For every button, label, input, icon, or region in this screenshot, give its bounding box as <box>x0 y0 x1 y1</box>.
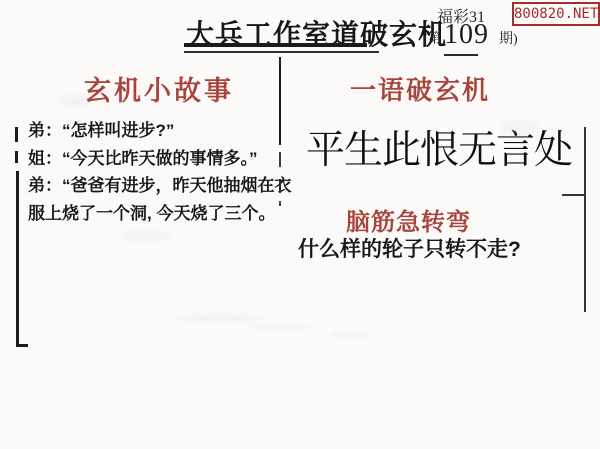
center-tick-upper <box>279 152 281 167</box>
story-line-2: 姐：“今天比昨天做的事情多。” <box>28 145 286 173</box>
scan-smudge <box>175 316 265 320</box>
lottery-tip-sheet: 大兵工作室道破玄机 福彩31 (第 109 期) 800820.NET 玄机小故… <box>0 0 600 449</box>
issue-number: 109 <box>444 19 489 51</box>
site-badge: 800820.NET <box>512 2 600 26</box>
story-line-3: 弟：“爸爸有进步，昨天他抽烟在衣 <box>28 172 286 200</box>
story-dialogue: 弟：“怎样叫进步?” 姐：“今天比昨天做的事情多。” 弟：“爸爸有进步，昨天他抽… <box>28 117 286 227</box>
left-margin-tick-1 <box>15 127 18 142</box>
story-section-heading: 玄机小故事 <box>84 69 234 108</box>
scan-smudge <box>60 95 90 109</box>
issue-suffix: 期) <box>499 28 518 48</box>
title-underline-thick <box>184 43 367 47</box>
page-title: 大兵工作室道破玄机 <box>186 13 447 53</box>
left-margin-tick-2 <box>15 151 18 163</box>
issue-prefix: (第 <box>423 28 442 48</box>
scan-smudge <box>330 333 370 336</box>
story-line-4: 服上烧了一个洞, 今天烧了三个。 <box>28 200 286 228</box>
right-margin-tick <box>562 194 585 196</box>
left-margin-line <box>16 171 19 347</box>
brain-teaser-heading: 脑筋急转弯 <box>346 202 471 237</box>
center-divider-line <box>279 57 281 145</box>
left-margin-line-foot <box>16 344 28 347</box>
brain-teaser-question: 什么样的轮子只转不走? <box>298 233 521 263</box>
center-tick-lower <box>279 179 281 193</box>
riddle-section-heading: 一语破玄机 <box>350 70 490 107</box>
scan-smudge <box>120 230 170 242</box>
title-underline-thin <box>184 51 379 53</box>
center-dot-mark <box>279 201 281 206</box>
scan-smudge <box>500 120 540 138</box>
scan-smudge <box>250 325 310 328</box>
story-line-1: 弟：“怎样叫进步?” <box>28 117 286 145</box>
issue-number-underline <box>444 54 478 56</box>
right-margin-line <box>584 127 586 312</box>
